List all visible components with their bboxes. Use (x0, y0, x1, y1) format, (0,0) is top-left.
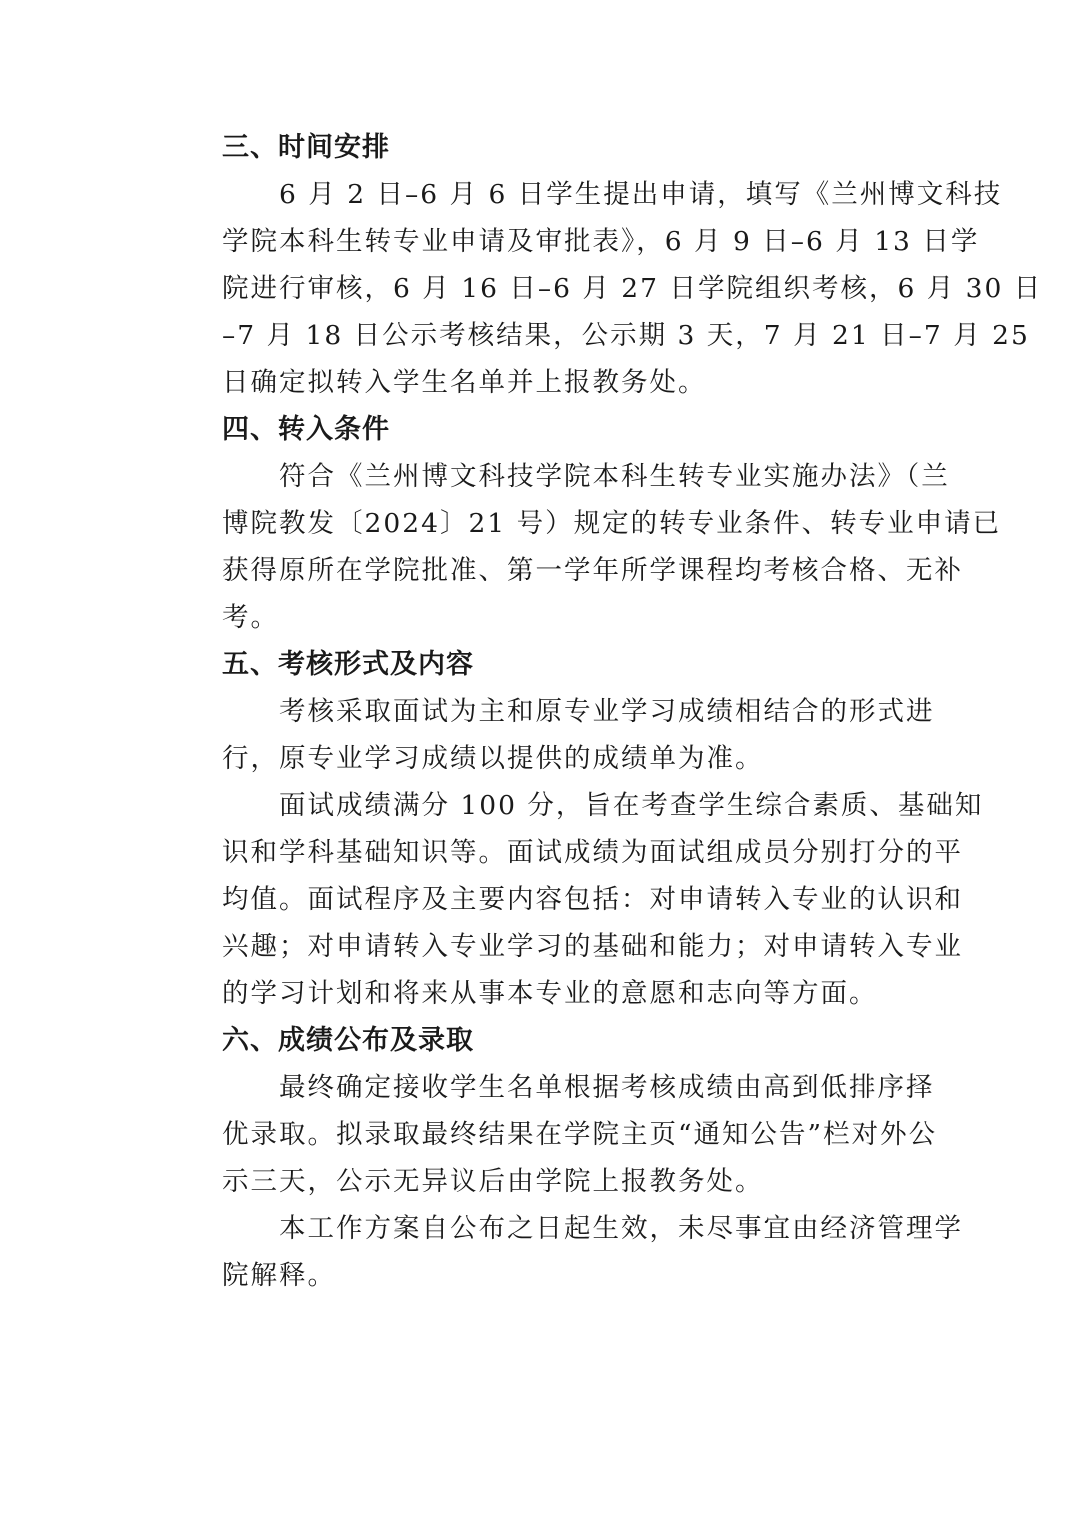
text-line: 优录取。拟录取最终结果在学院主页“通知公告”栏对外公 (165, 1111, 917, 1158)
paragraph-admission: 最终确定接收学生名单根据考核成绩由高到低排序择 优录取。拟录取最终结果在学院主页… (165, 1064, 917, 1205)
text-line: 符合《兰州博文科技学院本科生转专业实施办法》（兰 (165, 453, 917, 500)
text-line: 识和学科基础知识等。面试成绩为面试组成员分别打分的平 (165, 829, 917, 876)
paragraph-conditions: 符合《兰州博文科技学院本科生转专业实施办法》（兰 博院教发〔2024〕21 号）… (165, 453, 917, 641)
text-line: 6 月 2 日–6 月 6 日学生提出申请，填写《兰州博文科技 (165, 171, 917, 218)
section-heading-schedule: 三、时间安排 (165, 124, 917, 171)
text-line: 均值。面试程序及主要内容包括：对申请转入专业的认识和 (165, 876, 917, 923)
text-line: 日确定拟转入学生名单并上报教务处。 (165, 359, 917, 406)
text-line: 兴趣；对申请转入专业学习的基础和能力；对申请转入专业 (165, 923, 917, 970)
paragraph-interview: 面试成绩满分 100 分，旨在考查学生综合素质、基础知 识和学科基础知识等。面试… (165, 782, 917, 1017)
paragraph-schedule: 6 月 2 日–6 月 6 日学生提出申请，填写《兰州博文科技 学院本科生转专业… (165, 171, 917, 406)
text-line: 考。 (165, 594, 917, 641)
text-line: –7 月 18 日公示考核结果，公示期 3 天，7 月 21 日–7 月 25 (165, 312, 917, 359)
text-line: 的学习计划和将来从事本专业的意愿和志向等方面。 (165, 970, 917, 1017)
text-line: 行，原专业学习成绩以提供的成绩单为准。 (165, 735, 917, 782)
text-line: 最终确定接收学生名单根据考核成绩由高到低排序择 (165, 1064, 917, 1111)
text-line: 考核采取面试为主和原专业学习成绩相结合的形式进 (165, 688, 917, 735)
text-line: 获得原所在学院批准、第一学年所学课程均考核合格、无补 (165, 547, 917, 594)
text-line: 博院教发〔2024〕21 号）规定的转专业条件、转专业申请已 (165, 500, 917, 547)
text-line: 示三天，公示无异议后由学院上报教务处。 (165, 1158, 917, 1205)
document-page: 三、时间安排 6 月 2 日–6 月 6 日学生提出申请，填写《兰州博文科技 学… (165, 124, 917, 1299)
paragraph-effective: 本工作方案自公布之日起生效，未尽事宜由经济管理学 院解释。 (165, 1205, 917, 1299)
section-heading-conditions: 四、转入条件 (165, 406, 917, 453)
text-line: 院解释。 (165, 1252, 917, 1299)
text-line: 学院本科生转专业申请及审批表》，6 月 9 日–6 月 13 日学 (165, 218, 917, 265)
text-line: 本工作方案自公布之日起生效，未尽事宜由经济管理学 (165, 1205, 917, 1252)
section-heading-assessment: 五、考核形式及内容 (165, 641, 917, 688)
paragraph-assessment-form: 考核采取面试为主和原专业学习成绩相结合的形式进 行，原专业学习成绩以提供的成绩单… (165, 688, 917, 782)
section-heading-results: 六、成绩公布及录取 (165, 1017, 917, 1064)
text-line: 面试成绩满分 100 分，旨在考查学生综合素质、基础知 (165, 782, 917, 829)
text-line: 院进行审核，6 月 16 日–6 月 27 日学院组织考核，6 月 30 日 (165, 265, 917, 312)
